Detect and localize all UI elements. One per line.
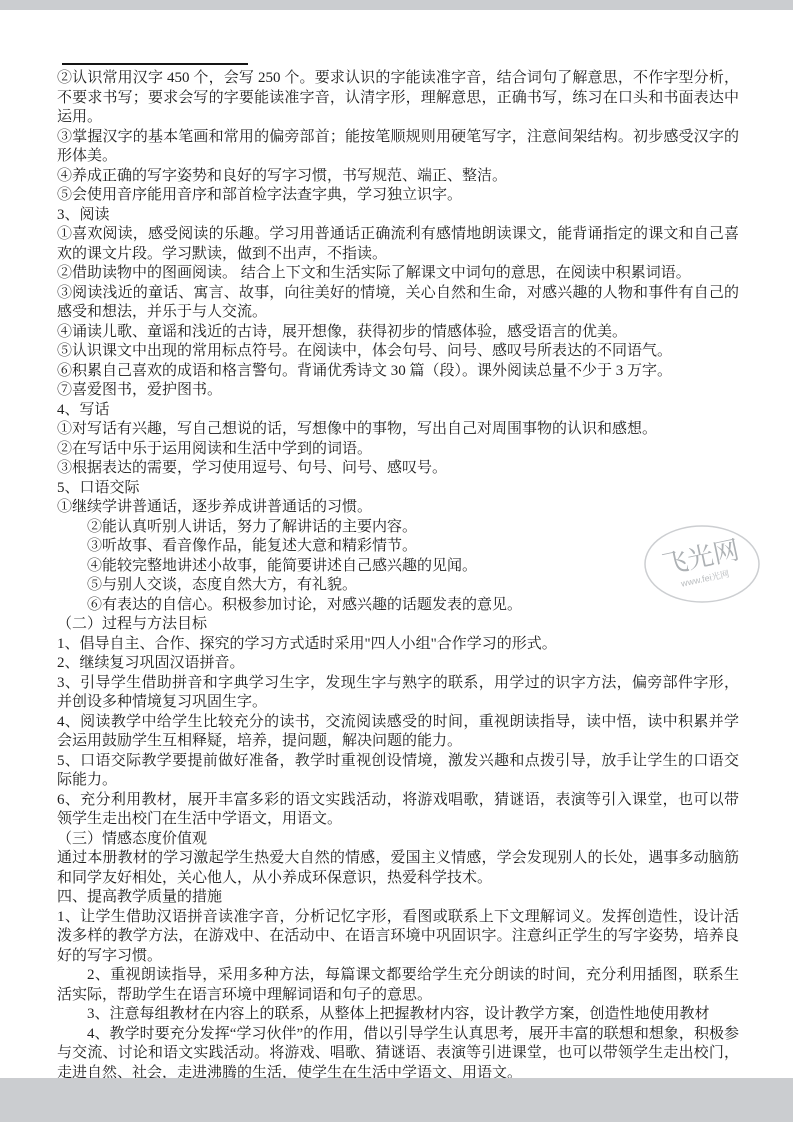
paragraph: 5、口语交际教学要提前做好准备，教学时重视创设情境，激发兴趣和点拨引导，放手让学… [57,752,739,791]
paragraph: ④能较完整地讲述小故事，能简要讲述自己感兴趣的见闻。 [57,557,739,577]
paragraph: 2、继续复习巩固汉语拼音。 [57,654,739,674]
paragraph: ①喜欢阅读，感受阅读的乐趣。学习用普通话正确流利有感情地朗读课文，能背诵指定的课… [57,225,739,264]
paragraph: ②能认真听别人讲话，努力了解讲话的主要内容。 [57,518,739,538]
paragraph: ⑤会使用音序能用音序和部首检字法查字典，学习独立识字。 [57,186,739,206]
paragraph: ②在写话中乐于运用阅读和生活中学到的词语。 [57,440,739,460]
paragraph: ④养成正确的写字姿势和良好的写字习惯，书写规范、端正、整洁。 [57,167,739,187]
paragraph: ③听故事、看音像作品，能复述大意和精彩情节。 [57,537,739,557]
paragraph: 1、倡导自主、合作、探究的学习方式适时采用"四人小组"合作学习的形式。 [57,635,739,655]
paragraph: 5、口语交际 [57,479,739,499]
paragraph: 3、阅读 [57,206,739,226]
paragraph: ⑦喜爱图书，爱护图书。 [57,381,739,401]
paragraph: 四、提高教学质量的措施 [57,888,739,908]
paragraph: 4、写话 [57,401,739,421]
paragraph: 3、注意每组教材在内容上的联系，从整体上把握教材内容，设计教学方案，创造性地使用… [57,1005,739,1025]
paragraph: ③掌握汉字的基本笔画和常用的偏旁部首；能按笔顺规则用硬笔写字，注意间架结构。初步… [57,128,739,167]
paragraph: ③阅读浅近的童话、寓言、故事，向往美好的情境，关心自然和生命，对感兴趣的人物和事… [57,284,739,323]
paragraph: ⑤认识课文中出现的常用标点符号。在阅读中，体会句号、问号、感叹号所表达的不同语气… [57,342,739,362]
paragraph: ③根据表达的需要，学习使用逗号、句号、问号、感叹号。 [57,459,739,479]
paragraph: （二）过程与方法目标 [57,615,739,635]
paragraph: ⑤与别人交谈，态度自然大方，有礼貌。 [57,576,739,596]
paragraph: 4、阅读教学中给学生比较充分的读书，交流阅读感受的时间，重视朗读指导，读中悟，读… [57,713,739,752]
document-page: { "page": { "background": "#ffffff", "ma… [0,0,793,1122]
page-bottom-margin [0,1078,793,1122]
paragraph: 6、充分利用教材，展开丰富多彩的语文实践活动，将游戏唱歌，猜谜语，表演等引入课堂… [57,791,739,830]
document-body: ②认识常用汉字 450 个，会写 250 个。要求认识的字能读准字音，结合词句了… [57,69,739,1083]
page-top-margin [0,0,793,10]
paragraph: （三）情感态度价值观 [57,830,739,850]
paragraph: 3、引导学生借助拼音和字典学习生字，发现生字与熟字的联系，用学过的识字方法，偏旁… [57,674,739,713]
paragraph: ⑥积累自己喜欢的成语和格言警句。背诵优秀诗文 30 篇（段）。课外阅读总量不少于… [57,362,739,382]
paragraph: ①对写话有兴趣，写自己想说的话，写想像中的事物，写出自己对周围事物的认识和感想。 [57,420,739,440]
paragraph: ②认识常用汉字 450 个，会写 250 个。要求认识的字能读准字音，结合词句了… [57,69,739,128]
paragraph: 通过本册教材的学习激起学生热爱大自然的情感，爱国主义情感，学会发现别人的长处，遇… [57,849,739,888]
paragraph: ②借助读物中的图画阅读。 结合上下文和生活实际了解课文中词句的意思，在阅读中积累… [57,264,739,284]
paragraph: 2、重视朗读指导，采用多种方法，每篇课文都要给学生充分朗读的时间，充分利用插图，… [57,966,739,1005]
paragraph: ④诵读儿歌、童谣和浅近的古诗，展开想像，获得初步的情感体验，感受语言的优美。 [57,323,739,343]
paragraph: 1、让学生借助汉语拼音读准字音，分析记忆字形，看图或联系上下文理解词义。发挥创造… [57,908,739,967]
paragraph: ⑥有表达的自信心。积极参加讨论，对感兴趣的话题发表的意见。 [57,596,739,616]
footnote-separator-line [62,63,248,65]
paragraph: 4、教学时要充分发挥“学习伙伴”的作用，借以引导学生认真思考，展开丰富的联想和想… [57,1025,739,1084]
paragraph: ①继续学讲普通话，逐步养成讲普通话的习惯。 [57,498,739,518]
